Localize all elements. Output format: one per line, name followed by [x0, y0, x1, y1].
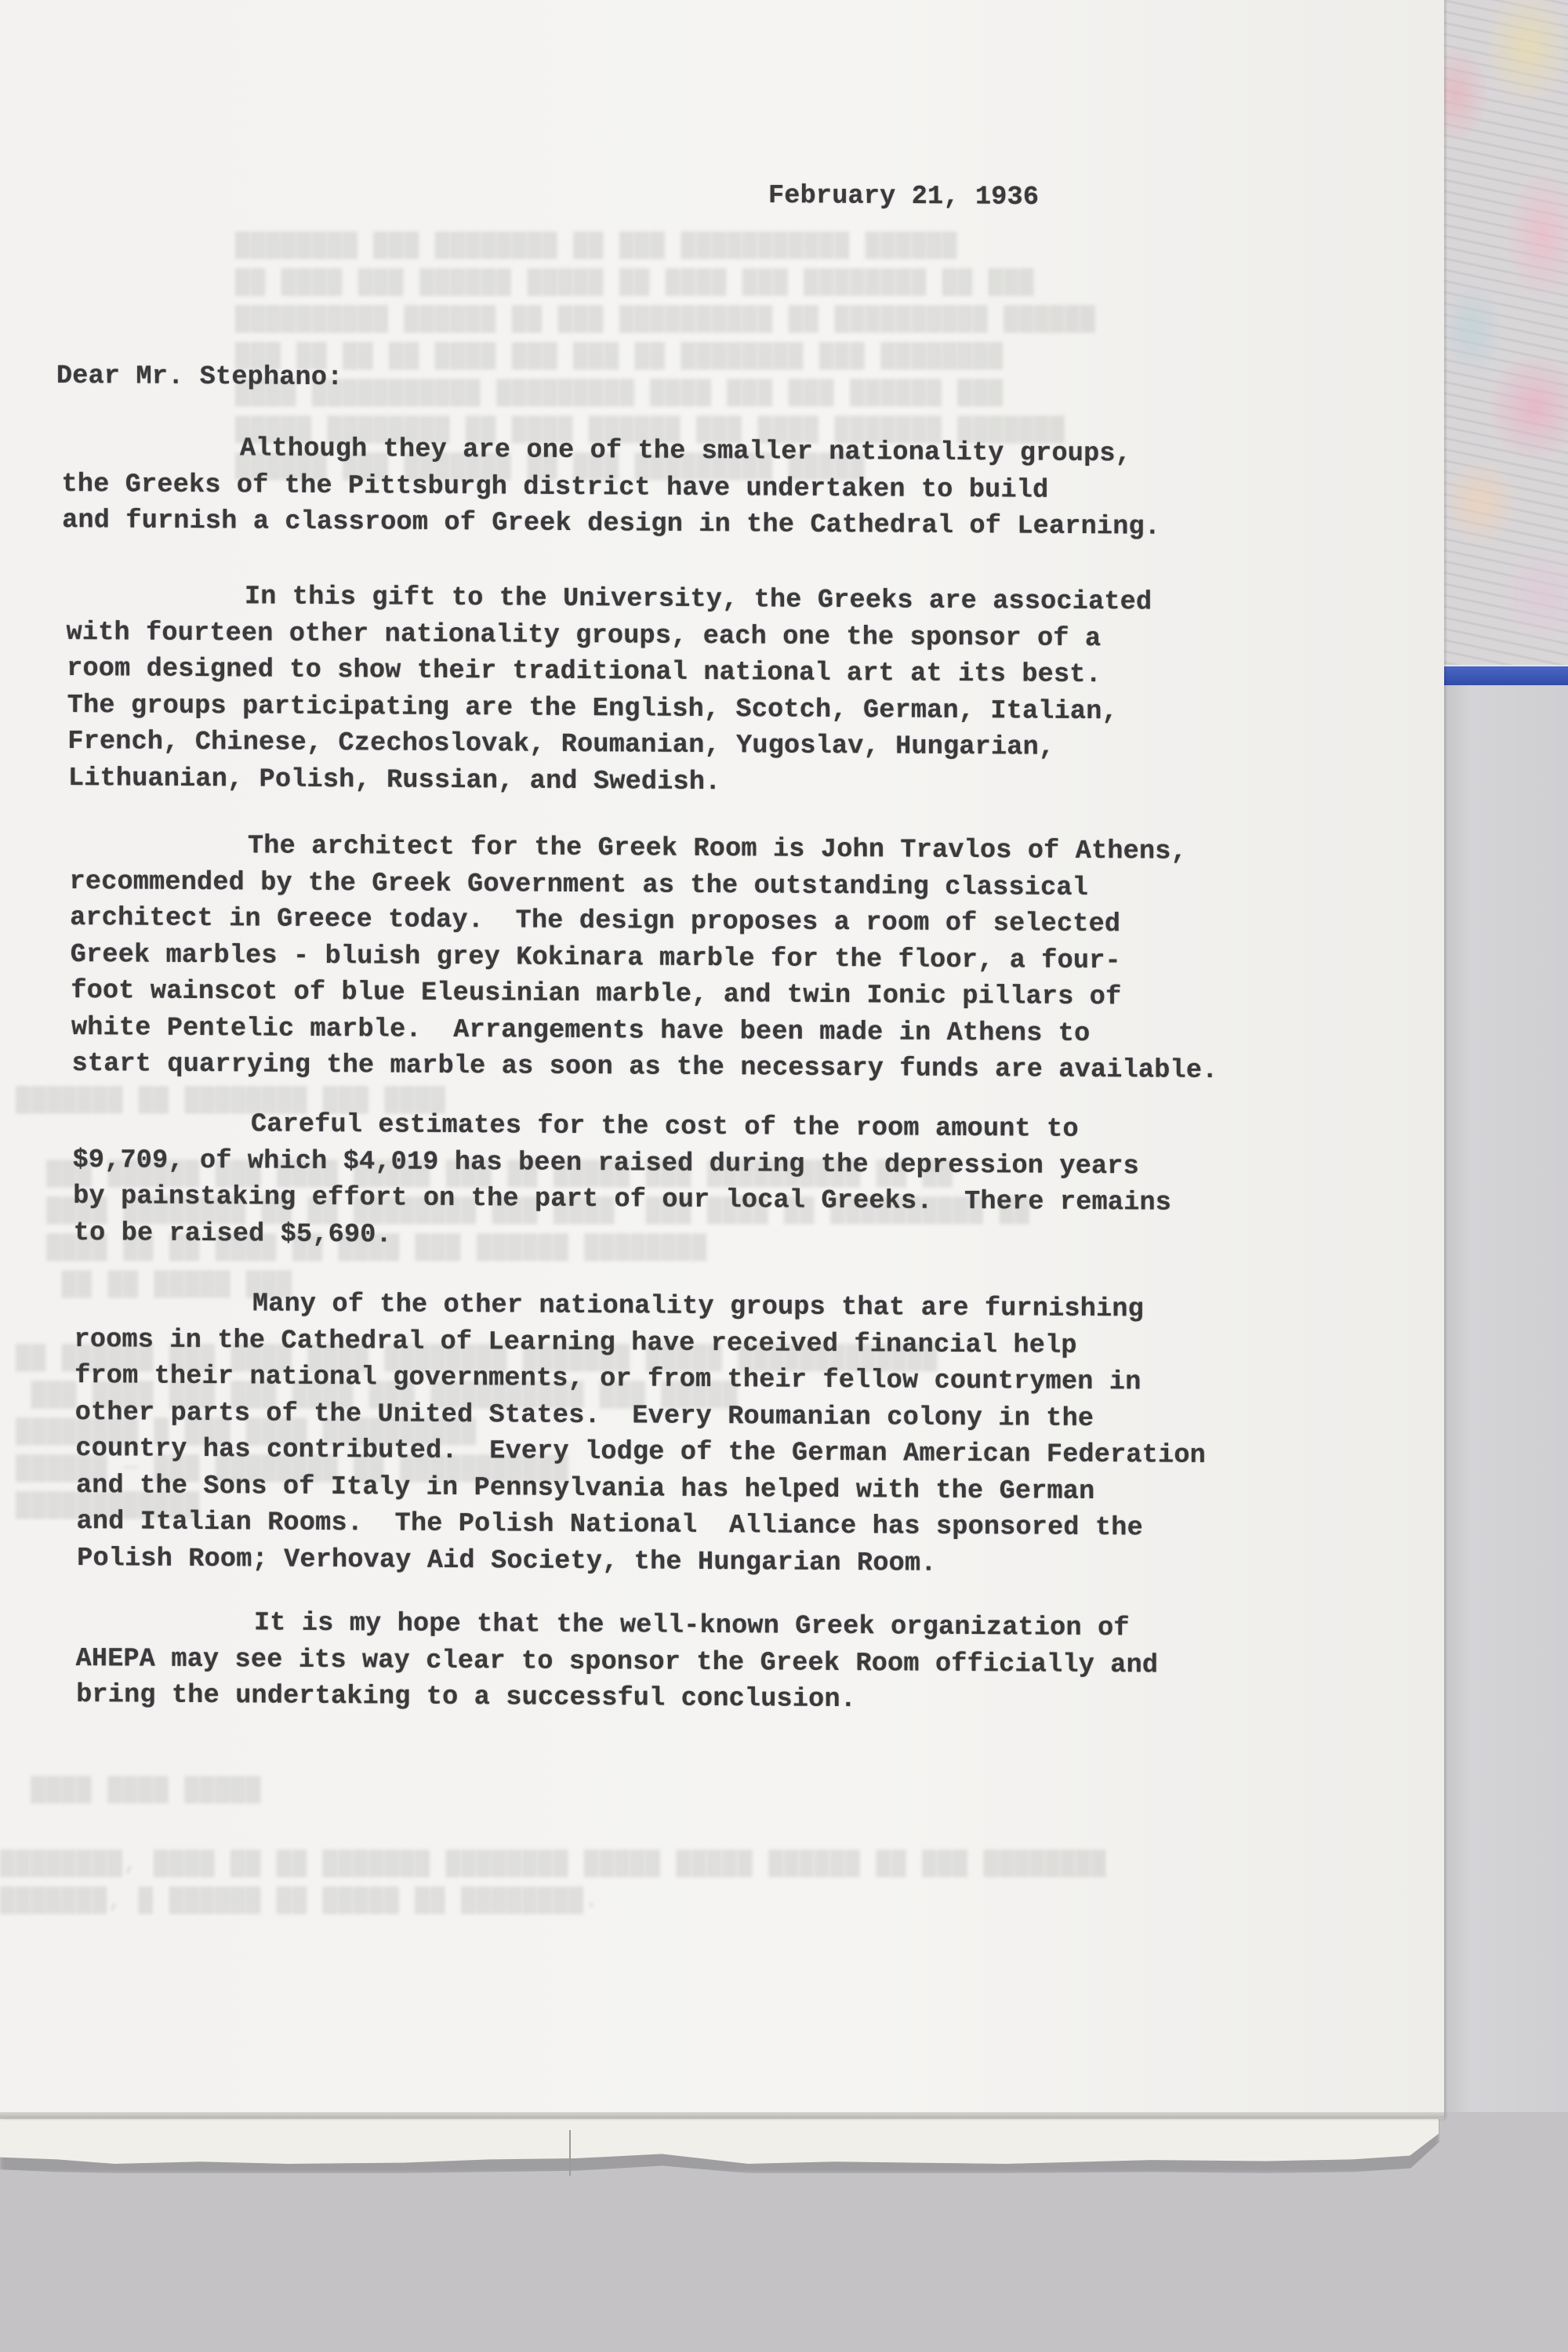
typed-line: start quarrying the marble as soon as th…	[72, 1049, 1218, 1086]
typed-line: Greek marbles - bluish grey Kokinara mar…	[71, 940, 1121, 976]
sheet-tear	[569, 2130, 571, 2176]
typed-line: The architect for the Greek Room is John…	[248, 831, 1187, 866]
letter-page: ████████ ███ ████████ ██ ███ ███████████…	[0, 0, 1444, 2119]
typed-line: white Pentelic marble. Arrangements have…	[71, 1013, 1090, 1049]
salutation: Dear Mr. Stephano:	[56, 361, 343, 393]
typed-line: Although they are one of the smaller nat…	[240, 434, 1131, 469]
typed-line: It is my hope that the well-known Greek …	[254, 1608, 1130, 1643]
typed-line: In this gift to the University, the Gree…	[245, 582, 1152, 617]
typed-line: and furnish a classroom of Greek design …	[62, 506, 1160, 543]
typed-line: foot wainscot of blue Eleusinian marble,…	[71, 976, 1121, 1012]
typed-line: The groups participating are the English…	[67, 691, 1118, 727]
blue-cover-band	[1428, 665, 1568, 687]
typed-line: Lithuanian, Polish, Russian, and Swedish…	[68, 764, 720, 797]
page-bottom-edge	[0, 2112, 1444, 2118]
typed-line: other parts of the United States. Every …	[75, 1398, 1094, 1434]
typed-line: rooms in the Cathedral of Learning have …	[74, 1325, 1077, 1361]
typed-line: room designed to show their traditional …	[67, 654, 1102, 690]
typed-line: architect in Greece today. The design pr…	[70, 903, 1120, 939]
typed-line: Many of the other nationality groups tha…	[252, 1289, 1144, 1324]
typed-line: the Greeks of the Pittsburgh district ha…	[62, 470, 1049, 506]
typed-line: and the Sons of Italy in Pennsylvania ha…	[76, 1471, 1094, 1507]
typed-line: bring the undertaking to a successful co…	[76, 1680, 856, 1715]
typed-line: to be raised $5,690.	[74, 1218, 392, 1250]
typed-line: Polish Room; Verhovay Aid Society, the H…	[77, 1544, 936, 1579]
typed-line: recommended by the Greek Government as t…	[70, 867, 1088, 903]
typed-line: Careful estimates for the cost of the ro…	[251, 1109, 1079, 1144]
typed-line: AHEPA may see its way clear to sponsor t…	[76, 1644, 1159, 1680]
typed-line: with fourteen other nationality groups, …	[67, 618, 1102, 654]
typed-line: French, Chinese, Czechoslovak, Roumanian…	[67, 727, 1054, 763]
cover-shadow-gap	[1428, 685, 1568, 2112]
letter-date: February 21, 1936	[768, 181, 1039, 212]
marbled-book-cover	[1425, 0, 1568, 682]
typed-line: and Italian Rooms. The Polish National A…	[77, 1507, 1143, 1543]
bleed-through-text-bottom: ████ ████ █████ ████████, ████ ██ ██ ███…	[0, 1772, 1106, 1919]
